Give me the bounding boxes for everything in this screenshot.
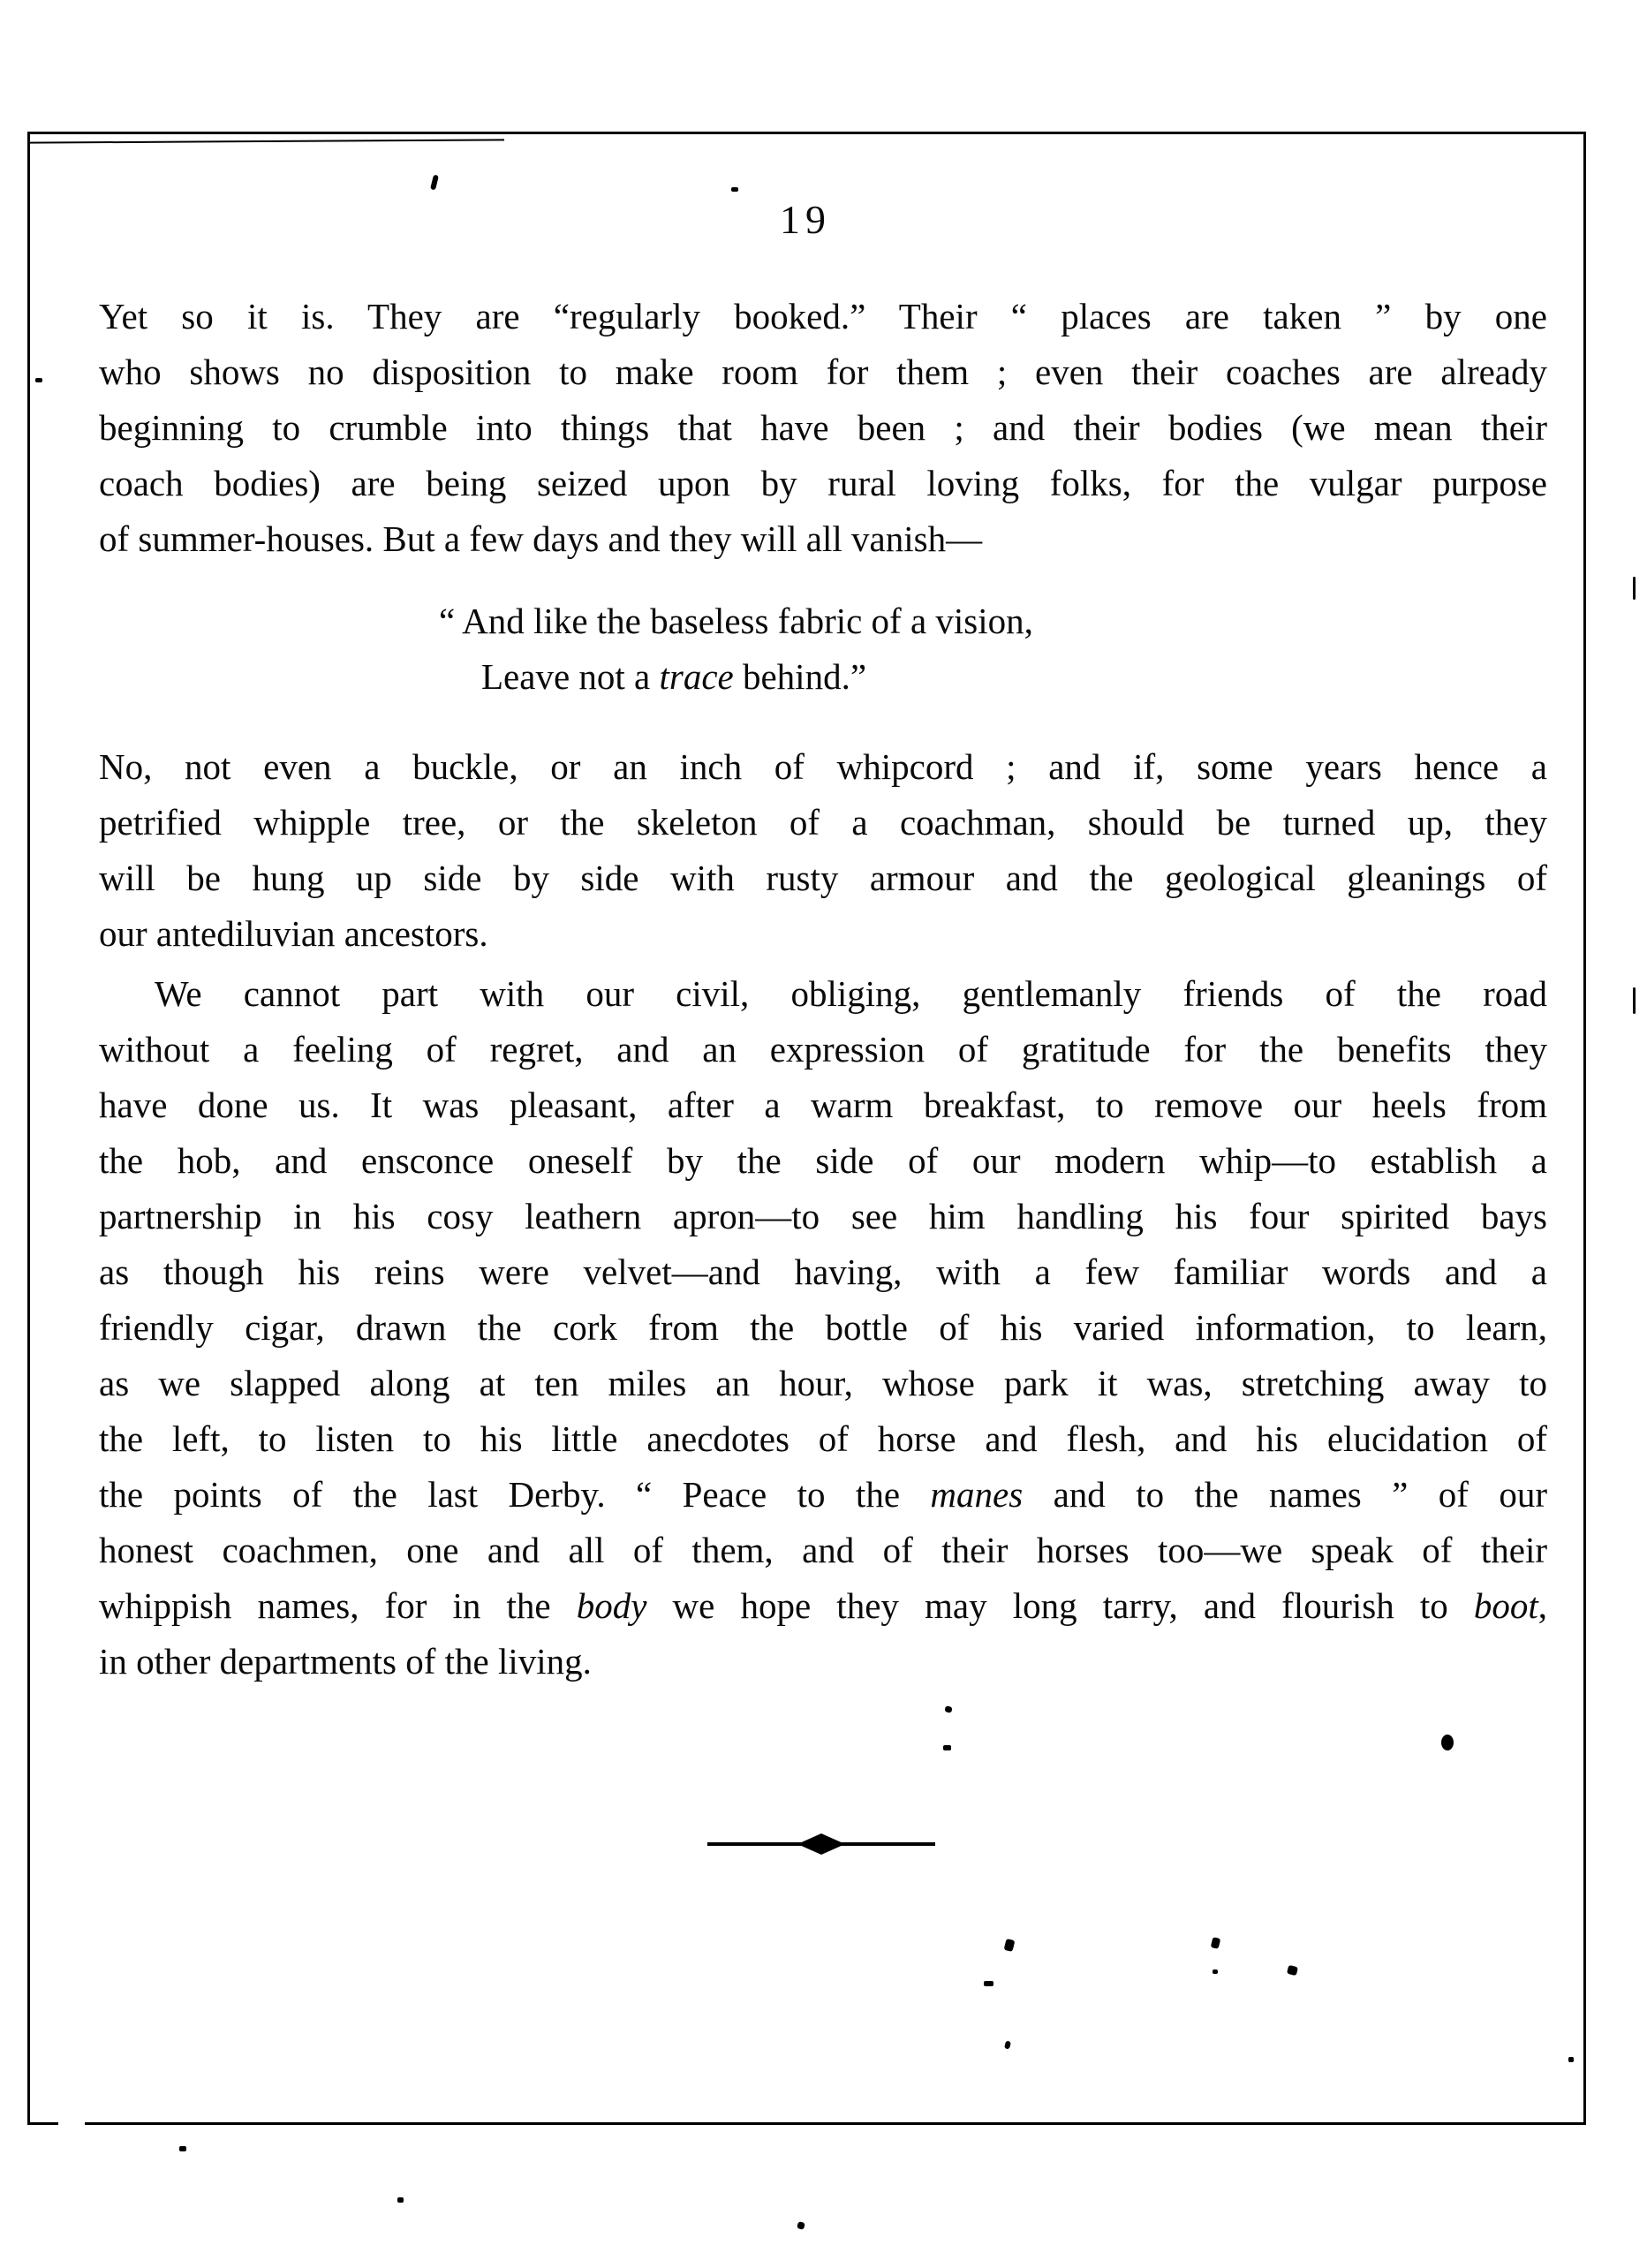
scan-speck: [1568, 2057, 1574, 2062]
text-segment: the points of the last Derby. “ Peace to…: [99, 1474, 930, 1515]
text-line: as though his reins were velvet—and havi…: [99, 1244, 1547, 1300]
text-segment: of summer-houses. But a few days and the…: [99, 518, 982, 559]
text-line: Yet so it is. They are “regularly booked…: [99, 289, 1547, 344]
italic-text: boot: [1474, 1585, 1538, 1626]
text-segment: We cannot part with our civil, obliging,…: [155, 973, 1547, 1014]
text-segment: Yet so it is. They are “regularly booked…: [99, 296, 1547, 336]
text-line: beginning to crumble into things that ha…: [99, 400, 1547, 456]
text-line: the hob, and ensconce oneself by the sid…: [99, 1133, 1547, 1189]
text-line: Leave not a trace behind.”: [99, 649, 1547, 705]
text-segment: without a feeling of regret, and an expr…: [99, 1029, 1547, 1070]
text-line: without a feeling of regret, and an expr…: [99, 1022, 1547, 1077]
scan-speck: [731, 187, 738, 192]
page-border-bottom-gap: [58, 2116, 85, 2127]
text-segment: have done us. It was pleasant, after a w…: [99, 1085, 1547, 1125]
scan-speck: [1441, 1735, 1454, 1750]
text-line: friendly cigar, drawn the cork from the …: [99, 1300, 1547, 1356]
text-segment: friendly cigar, drawn the cork from the …: [99, 1307, 1547, 1348]
scan-speck: [35, 378, 42, 382]
text-segment: in other departments of the living.: [99, 1641, 592, 1682]
text-segment: honest coachmen, one and all of them, an…: [99, 1530, 1547, 1570]
scan-speck: [943, 1745, 951, 1750]
text-block: Yet so it is. They are “regularly booked…: [99, 289, 1547, 1690]
text-line: whippish names, for in the body we hope …: [99, 1578, 1547, 1634]
text-segment: No, not even a buckle, or an inch of whi…: [99, 746, 1547, 787]
scan-speck: [1633, 577, 1636, 600]
text-segment: ,: [1538, 1585, 1547, 1626]
text-line: the points of the last Derby. “ Peace to…: [99, 1467, 1547, 1523]
text-segment: beginning to crumble into things that ha…: [99, 407, 1547, 448]
text-segment: we hope they may long tarry, and flouris…: [646, 1585, 1473, 1626]
text-segment: the left, to listen to his little anecdo…: [99, 1418, 1547, 1459]
text-line: We cannot part with our civil, obliging,…: [99, 966, 1547, 1022]
text-segment: our antediluvian ancestors.: [99, 913, 488, 954]
scan-speck: [984, 1981, 993, 1986]
text-line: honest coachmen, one and all of them, an…: [99, 1523, 1547, 1578]
text-line: No, not even a buckle, or an inch of whi…: [99, 739, 1547, 795]
text-segment: and to the names ” of our: [1023, 1474, 1547, 1515]
italic-text: manes: [930, 1474, 1023, 1515]
text-segment: petrified whipple tree, or the skeleton …: [99, 802, 1547, 843]
scan-speck: [179, 2146, 186, 2151]
scan-speck: [1213, 1969, 1218, 1974]
text-line: of summer-houses. But a few days and the…: [99, 511, 1547, 567]
scan-speck: [397, 2197, 404, 2203]
text-line: petrified whipple tree, or the skeleton …: [99, 795, 1547, 850]
text-line: have done us. It was pleasant, after a w…: [99, 1077, 1547, 1133]
text-line: will be hung up side by side with rusty …: [99, 850, 1547, 906]
text-segment: “ And like the baseless fabric of a visi…: [439, 601, 1033, 641]
scan-speck: [797, 2221, 805, 2230]
paragraph-3: We cannot part with our civil, obliging,…: [99, 966, 1547, 1690]
text-line: our antediluvian ancestors.: [99, 906, 1547, 962]
text-segment: whippish names, for in the: [99, 1585, 577, 1626]
text-line: coach bodies) are being seized upon by r…: [99, 456, 1547, 511]
text-line: the left, to listen to his little anecdo…: [99, 1411, 1547, 1467]
text-line: who shows no disposition to make room fo…: [99, 344, 1547, 400]
italic-text: trace: [659, 656, 733, 697]
verse-quote: “ And like the baseless fabric of a visi…: [99, 593, 1547, 705]
text-segment: behind.”: [734, 656, 866, 697]
text-segment: will be hung up side by side with rusty …: [99, 858, 1547, 898]
text-segment: as we slapped along at ten miles an hour…: [99, 1363, 1547, 1403]
text-segment: the hob, and ensconce oneself by the sid…: [99, 1140, 1547, 1181]
text-segment: as though his reins were velvet—and havi…: [99, 1251, 1547, 1292]
text-segment: coach bodies) are being seized upon by r…: [99, 463, 1547, 503]
text-segment: Leave not a: [481, 656, 659, 697]
text-line: as we slapped along at ten miles an hour…: [99, 1356, 1547, 1411]
scan-speck: [1633, 987, 1636, 1014]
italic-text: body: [577, 1585, 647, 1626]
text-line: partnership in his cosy leathern apron—t…: [99, 1189, 1547, 1244]
section-divider: [702, 1826, 941, 1862]
page-number: 19: [717, 196, 894, 243]
paragraph-1: Yet so it is. They are “regularly booked…: [99, 289, 1547, 567]
text-segment: who shows no disposition to make room fo…: [99, 352, 1547, 392]
text-line: “ And like the baseless fabric of a visi…: [99, 593, 1547, 649]
text-line: in other departments of the living.: [99, 1634, 1547, 1690]
text-segment: partnership in his cosy leathern apron—t…: [99, 1196, 1547, 1236]
paragraph-2: No, not even a buckle, or an inch of whi…: [99, 739, 1547, 962]
